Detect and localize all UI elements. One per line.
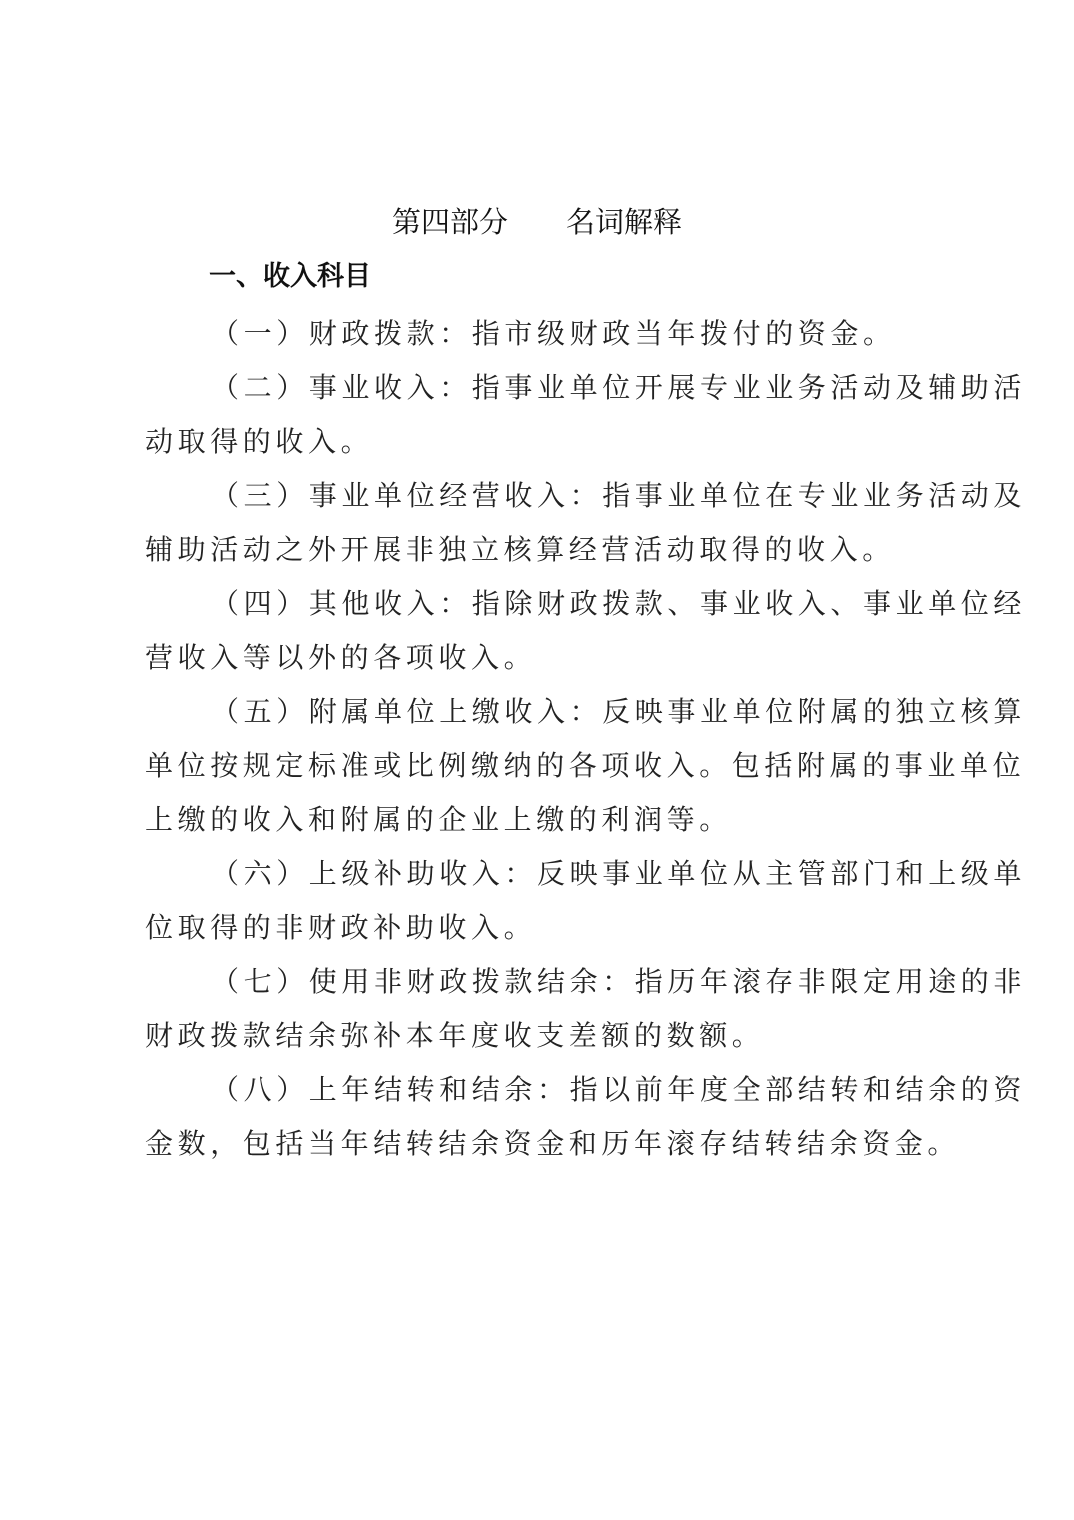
paragraph-fiscal-appropriation: （一）财政拨款：指市级财政当年拨付的资金。 — [145, 307, 935, 361]
paragraph-line: （一）财政拨款：指市级财政当年拨付的资金。 — [145, 307, 935, 361]
paragraph-line: （八）上年结转和结余：指以前年度全部结转和结余的资 — [145, 1063, 935, 1117]
document-page: 第四部分 名词解释 一、收入科目 （一）财政拨款：指市级财政当年拨付的资金。 （… — [0, 0, 1074, 1520]
paragraph-line: 营收入等以外的各项收入。 — [145, 631, 935, 685]
paragraph-line: （五）附属单位上缴收入：反映事业单位附属的独立核算 — [145, 685, 935, 739]
paragraph-carryover-balance: （八）上年结转和结余：指以前年度全部结转和结余的资 金数，包括当年结转结余资金和… — [145, 1063, 935, 1171]
paragraph-other-income: （四）其他收入：指除财政拨款、事业收入、事业单位经 营收入等以外的各项收入。 — [145, 577, 935, 685]
paragraph-line: 金数，包括当年结转结余资金和历年滚存结转结余资金。 — [145, 1117, 935, 1171]
paragraph-line: 上缴的收入和附属的企业上缴的利润等。 — [145, 793, 935, 847]
paragraph-line: 动取得的收入。 — [145, 415, 935, 469]
paragraph-operating-income: （三）事业单位经营收入：指事业单位在专业业务活动及 辅助活动之外开展非独立核算经… — [145, 469, 935, 577]
document-body: （一）财政拨款：指市级财政当年拨付的资金。 （二）事业收入：指事业单位开展专业业… — [145, 307, 935, 1171]
paragraph-line: 财政拨款结余弥补本年度收支差额的数额。 — [145, 1009, 935, 1063]
paragraph-line: （四）其他收入：指除财政拨款、事业收入、事业单位经 — [145, 577, 935, 631]
paragraph-line: 位取得的非财政补助收入。 — [145, 901, 935, 955]
paragraph-superior-subsidy: （六）上级补助收入：反映事业单位从主管部门和上级单 位取得的非财政补助收入。 — [145, 847, 935, 955]
paragraph-line: （六）上级补助收入：反映事业单位从主管部门和上级单 — [145, 847, 935, 901]
paragraph-business-income: （二）事业收入：指事业单位开展专业业务活动及辅助活 动取得的收入。 — [145, 361, 935, 469]
paragraph-line: 辅助活动之外开展非独立核算经营活动取得的收入。 — [145, 523, 935, 577]
paragraph-line: 单位按规定标准或比例缴纳的各项收入。包括附属的事业单位 — [145, 739, 935, 793]
section-heading-income-items: 一、收入科目 — [209, 254, 371, 300]
page-title: 第四部分 名词解释 — [0, 199, 1074, 245]
paragraph-line: （七）使用非财政拨款结余：指历年滚存非限定用途的非 — [145, 955, 935, 1009]
paragraph-line: （二）事业收入：指事业单位开展专业业务活动及辅助活 — [145, 361, 935, 415]
paragraph-subsidiary-remittance: （五）附属单位上缴收入：反映事业单位附属的独立核算 单位按规定标准或比例缴纳的各… — [145, 685, 935, 847]
paragraph-non-fiscal-surplus: （七）使用非财政拨款结余：指历年滚存非限定用途的非 财政拨款结余弥补本年度收支差… — [145, 955, 935, 1063]
paragraph-line: （三）事业单位经营收入：指事业单位在专业业务活动及 — [145, 469, 935, 523]
